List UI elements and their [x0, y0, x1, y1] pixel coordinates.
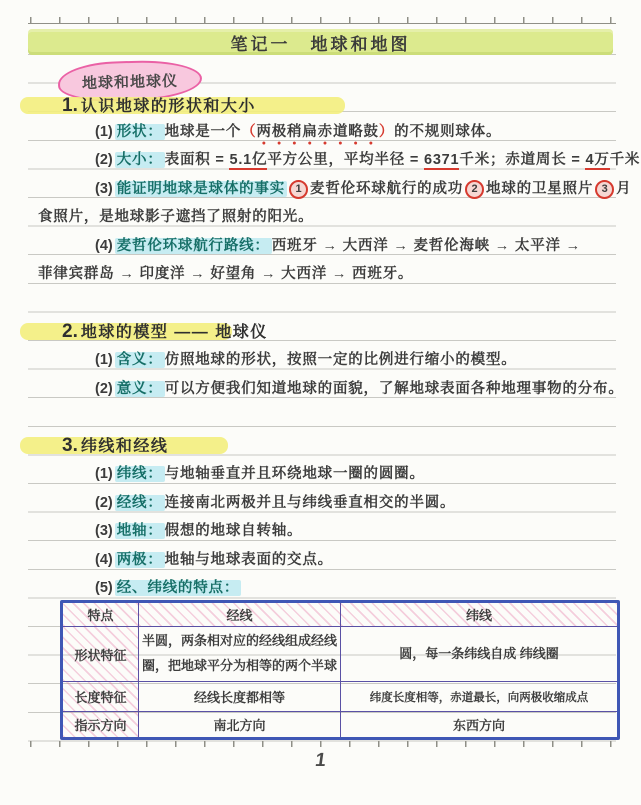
s3-item1: (1)纬线：与地轴垂直并且环绕地球一圈的圆圈。	[95, 462, 425, 483]
table-row1-meridian: 半圆，两条相对应的经线组成经线圈，把地球平分为相等的两个半球	[139, 627, 341, 682]
s2-item2-text: 可以方便我们知道地球的面貌，了解地球表面各种地理事物的分布。	[165, 381, 624, 397]
s3-item4-term: 两极：	[115, 552, 165, 568]
s1-item3-t2: 地球的卫星照片	[486, 181, 593, 197]
s2-item1-num: (1)	[95, 352, 113, 368]
s1-item3-t3: 月	[616, 181, 631, 197]
section2-number: 2.	[62, 321, 78, 342]
s3-item5-num: (5)	[95, 580, 113, 596]
table-header-meridian: 经线	[139, 603, 341, 627]
notebook-page: 笔记一 地球和地图 地球和地球仪 1.认识地球的形状和大小 (1)形状：地球是一…	[0, 0, 641, 805]
circled-number-2: 2	[465, 180, 484, 199]
s1-item3: (3)能证明地球是球体的事实1麦哲伦环球航行的成功2地球的卫星照片3月	[95, 177, 631, 199]
s1-item4-term: 麦哲伦环球航行路线：	[115, 238, 272, 254]
ruler-ticks-bottom	[30, 741, 616, 747]
s3-item3-num: (3)	[95, 523, 113, 539]
s2-item1: (1)含义：仿照地球的形状，按照一定的比例进行缩小的模型。	[95, 348, 517, 369]
s3-item3: (3)地轴：假想的地球自转轴。	[95, 519, 302, 540]
s1-item2-term: 大小：	[115, 152, 165, 168]
s3-item2: (2)经线：连接南北两极并且与纬线垂直相交的半圆。	[95, 491, 455, 512]
section3-heading: 3.纬线和经线	[62, 433, 168, 457]
s3-item2-num: (2)	[95, 495, 113, 511]
table-row2-label: 长度特征	[63, 682, 139, 712]
table-row3-meridian: 南北方向	[139, 712, 341, 737]
s2-item2-term: 意义：	[115, 381, 165, 397]
s2-item1-term: 含义：	[115, 352, 165, 368]
table-row2-meridian: 经线长度都相等	[139, 682, 341, 712]
s3-item1-term: 纬线：	[115, 466, 165, 482]
s3-item4-text: 地轴与地球表面的交点。	[165, 552, 333, 568]
section3-title: 纬线和经线	[81, 438, 169, 455]
s1-item2-t2: 平方公里，平均半径 =	[267, 152, 424, 168]
page-number: 1	[0, 750, 641, 772]
section1-title: 认识地球的形状和大小	[81, 98, 256, 115]
s1-item3-continued: 食照片，是地球影子遮挡了照射的阳光。	[38, 205, 313, 226]
s3-item2-text: 连接南北两极并且与纬线垂直相交的半圆。	[165, 495, 456, 511]
s3-item3-term: 地轴：	[115, 523, 165, 539]
s3-item5-term: 经、纬线的特点：	[115, 580, 241, 596]
s1-item3-num: (3)	[95, 181, 113, 197]
section3-number: 3.	[62, 435, 78, 456]
s1-item4-num: (4)	[95, 238, 113, 254]
red-paren-open: （	[241, 124, 256, 140]
s1-item2-t4: 千米	[610, 152, 641, 168]
s3-item2-term: 经线：	[115, 495, 165, 511]
s1-item1-pre: 地球是一个	[165, 124, 242, 140]
red-paren-close: ）	[379, 124, 394, 140]
page-top-rule	[28, 23, 616, 24]
s1-item2-underlined-circumference: 4万	[585, 152, 609, 170]
s3-item1-num: (1)	[95, 466, 113, 482]
section2-heading: 2.地球的模型 —— 地球仪	[62, 319, 268, 343]
table-header-feature: 特点	[63, 603, 139, 627]
s1-item2-num: (2)	[95, 152, 113, 168]
s2-item2-num: (2)	[95, 381, 113, 397]
s1-item4-continued: 菲律宾群岛 → 印度洋 → 好望角 → 大西洋 → 西班牙。	[38, 262, 413, 283]
page-title: 笔记一 地球和地图	[231, 30, 411, 55]
s1-item4-route-part1: 西班牙 → 大西洋 → 麦哲伦海峡 → 太平洋 →	[272, 238, 581, 254]
s1-item2: (2)大小：表面积 = 5.1亿平方公里，平均半径 = 6371千米；赤道周长 …	[95, 148, 640, 169]
section2-title: 地球的模型 —— 地球仪	[81, 324, 268, 341]
section1-number: 1.	[62, 95, 78, 116]
s3-item4: (4)两极：地轴与地球表面的交点。	[95, 548, 333, 569]
title-highlight-band: 笔记一 地球和地图	[28, 29, 613, 55]
chapter-badge-label: 地球和地球仪	[82, 69, 179, 93]
circled-number-1: 1	[289, 180, 308, 199]
s1-item4-route-part2: 菲律宾群岛 → 印度洋 → 好望角 → 大西洋 → 西班牙。	[38, 266, 413, 282]
s2-item2: (2)意义：可以方便我们知道地球的面貌，了解地球表面各种地理事物的分布。	[95, 377, 624, 398]
table-row3-label: 指示方向	[63, 712, 139, 737]
s3-item3-text: 假想的地球自转轴。	[165, 523, 303, 539]
s1-item3-continued-text: 食照片，是地球影子遮挡了照射的阳光。	[38, 209, 313, 225]
latitude-longitude-table: 特点 经线 纬线 形状特征 半圆，两条相对应的经线组成经线圈，把地球平分为相等的…	[60, 600, 620, 740]
s1-item3-term: 能证明地球是球体的事实	[115, 181, 287, 197]
s1-item1-num: (1)	[95, 124, 113, 140]
s1-item2-underlined-area: 5.1亿	[229, 152, 267, 170]
s1-item2-t3: 千米；赤道周长 =	[459, 152, 585, 168]
s1-item1-emphasis: 两极稍扁赤道略鼓	[256, 124, 378, 140]
table-row1-parallel: 圆，每一条纬线自成 纬线圈	[341, 627, 617, 682]
table-row3-parallel: 东西方向	[341, 712, 617, 737]
table-header-parallel: 纬线	[341, 603, 617, 627]
table-row2-parallel: 纬度长度相等，赤道最长，向两极收缩成点	[341, 682, 617, 712]
s1-item1-term: 形状：	[115, 124, 165, 140]
s1-item3-t1: 麦哲伦环球航行的成功	[310, 181, 463, 197]
section1-heading: 1.认识地球的形状和大小	[62, 93, 256, 117]
s1-item2-t1: 表面积 =	[165, 152, 230, 168]
circled-number-3: 3	[595, 180, 614, 199]
s2-item1-text: 仿照地球的形状，按照一定的比例进行缩小的模型。	[165, 352, 517, 368]
s1-item2-underlined-radius: 6371	[424, 152, 459, 170]
s1-item4: (4)麦哲伦环球航行路线：西班牙 → 大西洋 → 麦哲伦海峡 → 太平洋 →	[95, 234, 581, 255]
s3-item1-text: 与地轴垂直并且环绕地球一圈的圆圈。	[165, 466, 425, 482]
s3-item5: (5)经、纬线的特点：	[95, 576, 241, 597]
s1-item1: (1)形状：地球是一个（两极稍扁赤道略鼓）的不规则球体。	[95, 120, 501, 147]
s3-item4-num: (4)	[95, 552, 113, 568]
s1-item1-post: 的不规则球体。	[394, 124, 501, 140]
table-row1-label: 形状特征	[63, 627, 139, 682]
